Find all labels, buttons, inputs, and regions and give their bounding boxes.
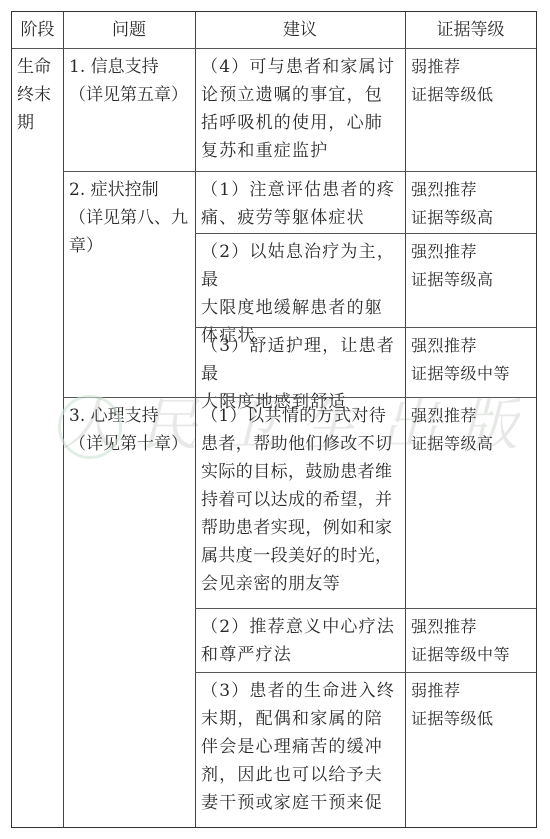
evidence-cell: 弱推荐 证据等级低: [405, 673, 536, 733]
evidence-cell: 强烈推荐 证据等级高: [405, 172, 536, 232]
issue-cell-symptom-control: 2. 症状控制 （详见第八、九 章）: [63, 172, 195, 260]
recommendation-cell: （3）患者的生命进入终 末期，配偶和家属的陪 伴会是心理痛苦的缓冲 剂，因此也可…: [195, 673, 405, 817]
issue-cell-information-support: 1. 信息支持 （详见第五章）: [63, 49, 195, 109]
recommendation-cell: （2）推荐意义中心疗法 和尊严疗法: [195, 609, 405, 669]
header-recommendation: 建议: [195, 12, 405, 48]
recommendation-cell: （4）可与患者和家属讨 论预立遗嘱的事宜，包 括呼吸机的使用，心肺 复苏和重症监…: [195, 49, 405, 165]
evidence-cell: 弱推荐 证据等级低: [405, 49, 536, 109]
recommendation-cell: （1）注意评估患者的疼 痛、疲劳等躯体症状: [195, 172, 405, 232]
evidence-cell: 强烈推荐 证据等级中等: [405, 609, 536, 669]
issue-cell-psychological-support: 3. 心理支持 （详见第十章）: [63, 398, 195, 458]
evidence-cell: 强烈推荐 证据等级高: [405, 398, 536, 458]
stage-cell: 生命 终末 期: [12, 49, 63, 137]
recommendation-cell: （1）以共情的方式对待 患者，帮助他们修改不切 实际的目标，鼓励患者维 持着可以…: [195, 398, 405, 598]
header-issue: 问题: [63, 12, 195, 48]
evidence-cell: 强烈推荐 证据等级中等: [405, 328, 536, 388]
recommendation-table: 阶段 问题 建议 证据等级 生命 终末 期 1. 信息支持 （详见第五章） （4…: [11, 11, 537, 828]
header-stage: 阶段: [12, 12, 63, 48]
evidence-cell: 强烈推荐 证据等级高: [405, 234, 536, 294]
header-evidence: 证据等级: [405, 12, 536, 48]
